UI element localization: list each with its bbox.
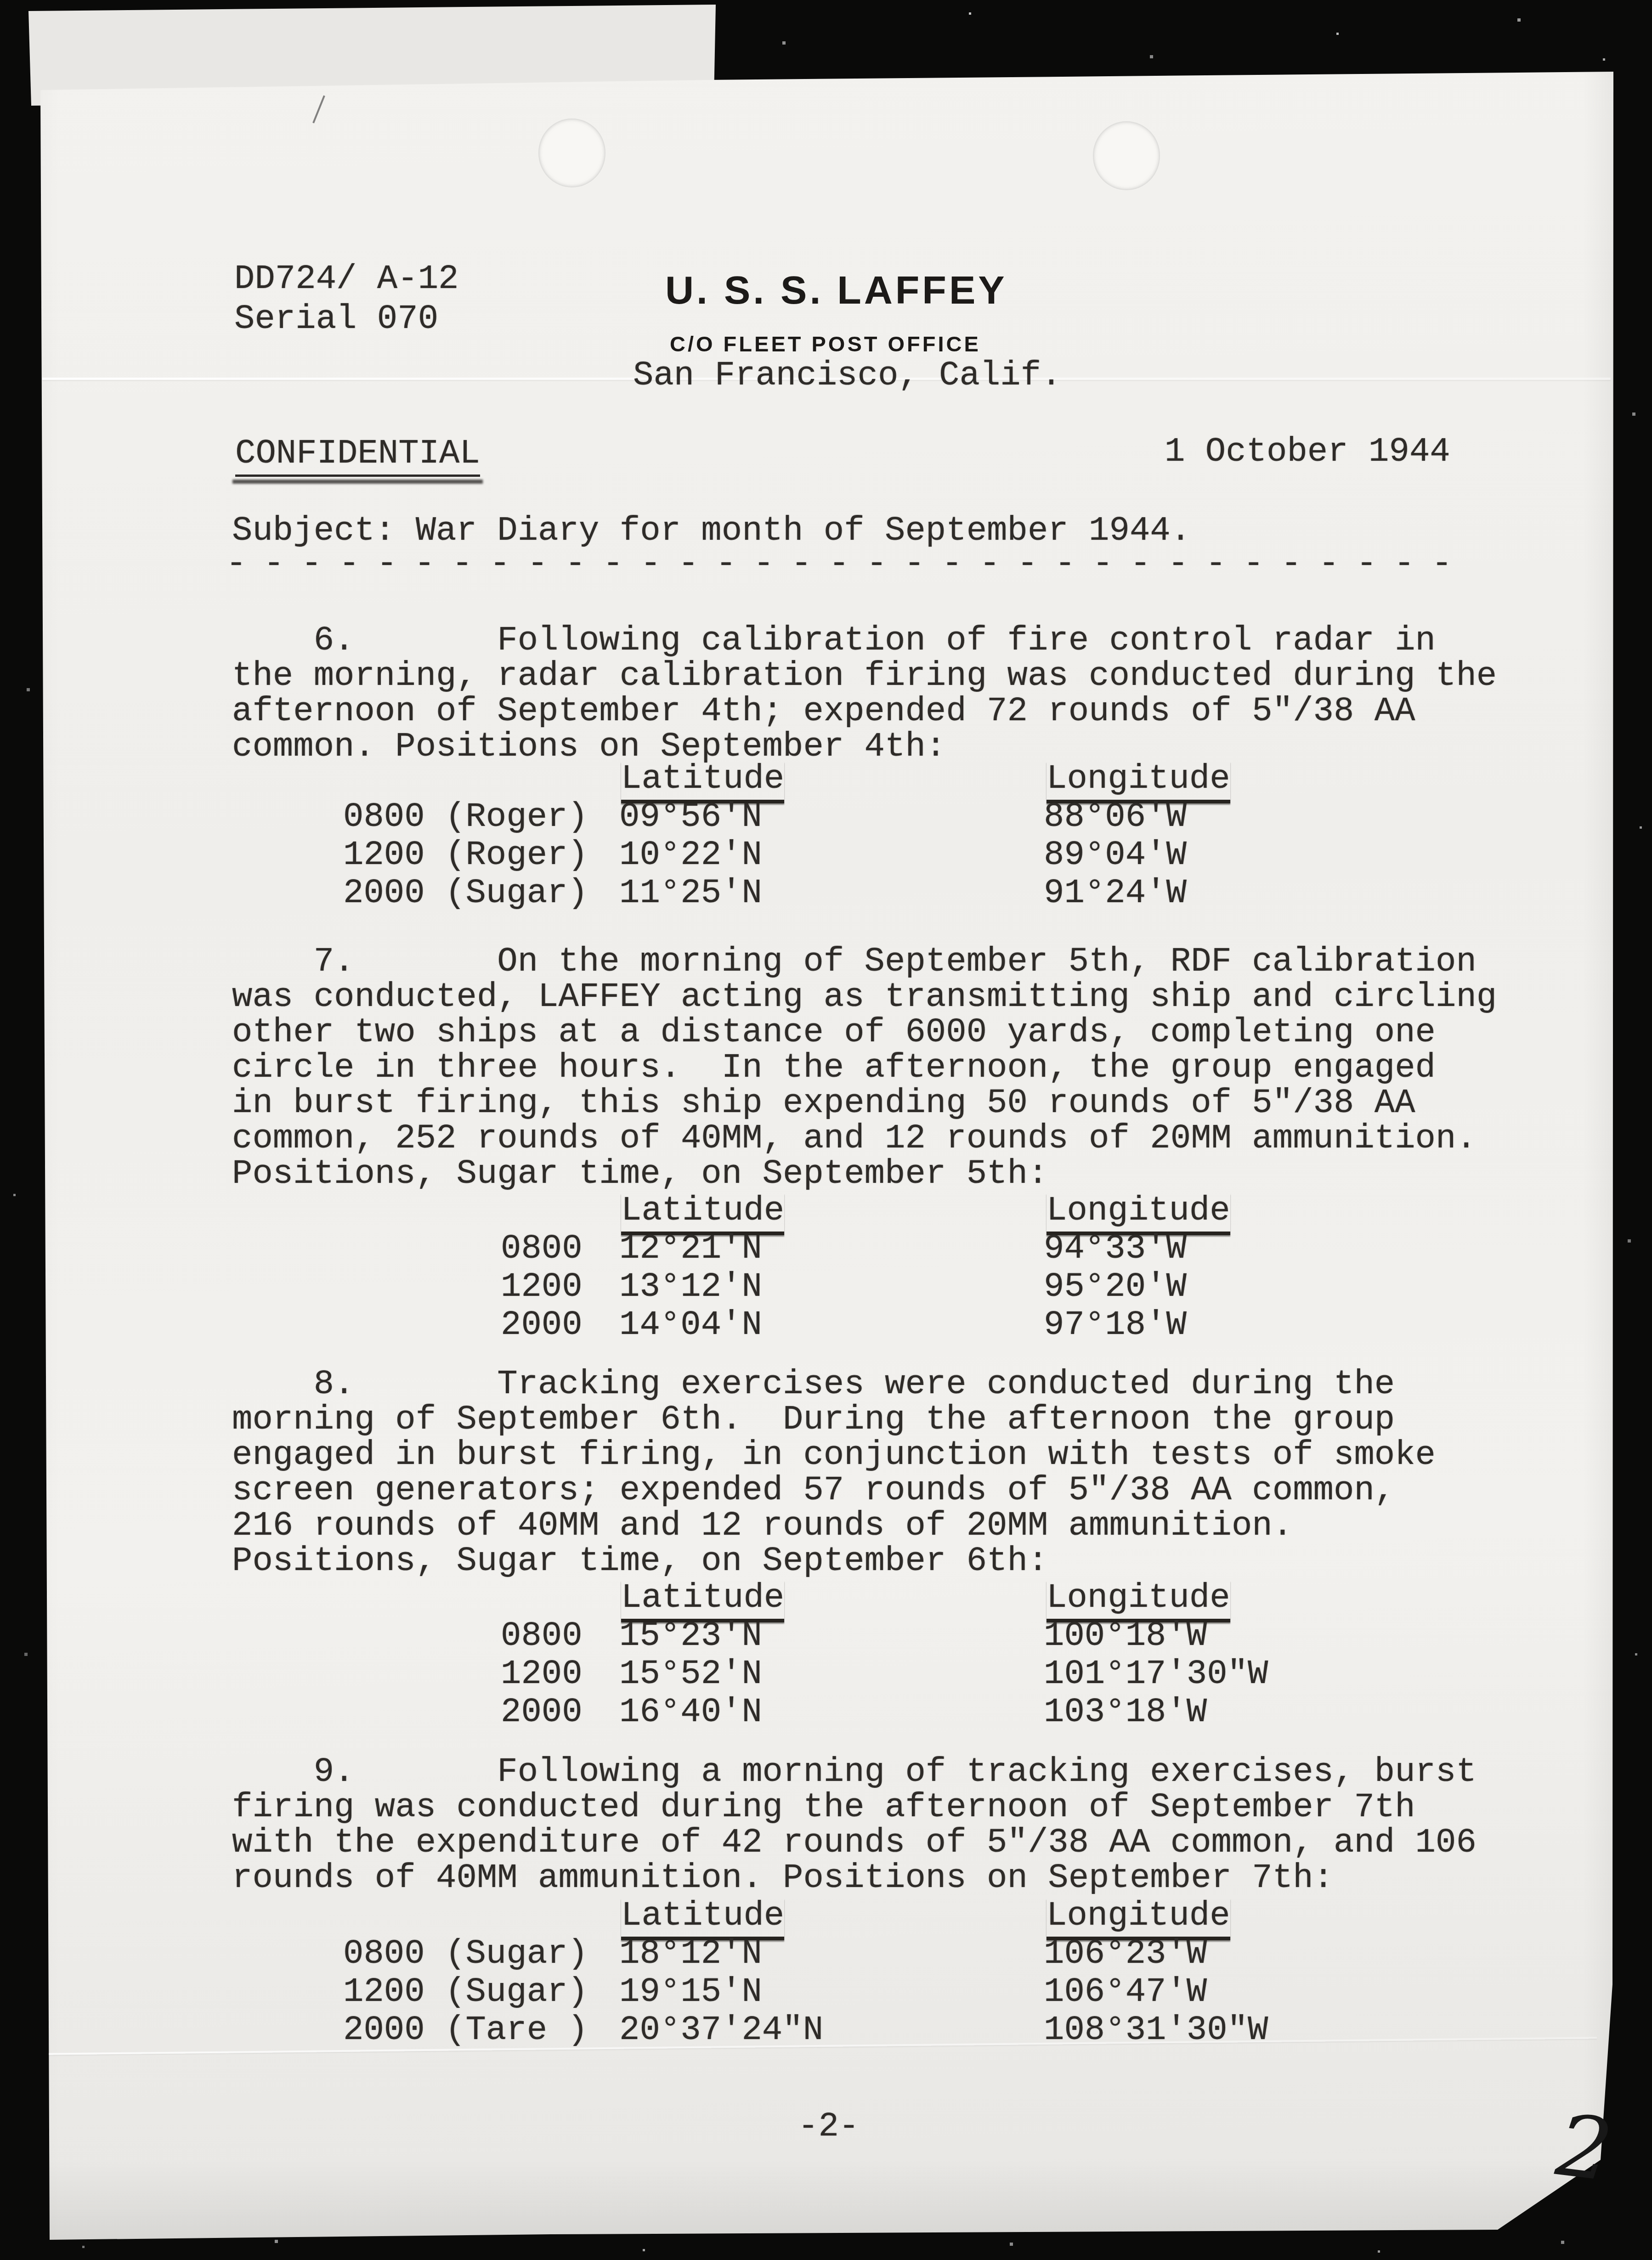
position-latitude: 09°56'N	[619, 800, 762, 835]
scanned-document-background: DD724/ A-12 Serial 070 U. S. S. LAFFEY C…	[0, 0, 1652, 2260]
subject-line: Subject: War Diary for month of Septembe…	[232, 514, 1191, 549]
position-time: 1200 (Sugar)	[343, 1975, 588, 2010]
longitude-header: Longitude	[1047, 762, 1230, 803]
position-time: 0800	[501, 1232, 583, 1267]
paragraph-6-line: common. Positions on September 4th:	[232, 729, 946, 765]
paragraph-8-line: 8. Tracking exercises were conducted dur…	[232, 1367, 1395, 1402]
position-latitude: 15°52'N	[619, 1657, 762, 1692]
letterhead-city: San Francisco, Calif.	[633, 358, 1062, 394]
typed-page-content: DD724/ A-12 Serial 070 U. S. S. LAFFEY C…	[0, 0, 1652, 2260]
position-longitude: 100°18'W	[1044, 1619, 1207, 1654]
position-time: 1200	[501, 1270, 583, 1305]
position-longitude: 88°06'W	[1044, 800, 1187, 835]
position-latitude: 12°21'N	[619, 1232, 762, 1267]
paragraph-9-line: firing was conducted during the afternoo…	[232, 1790, 1415, 1825]
position-time: 2000 (Sugar)	[343, 876, 588, 911]
letterhead-ship-name: U. S. S. LAFFEY	[665, 273, 1007, 308]
position-longitude: 106°47'W	[1044, 1975, 1207, 2010]
document-date: 1 October 1944	[1165, 435, 1450, 470]
paragraph-8-line: 216 rounds of 40MM and 12 rounds of 20MM…	[232, 1509, 1293, 1544]
position-longitude: 101°17'30"W	[1044, 1657, 1268, 1692]
paragraph-7-line: other two ships at a distance of 6000 ya…	[232, 1015, 1436, 1051]
classification-stamp: CONFIDENTIAL	[235, 436, 480, 477]
longitude-header: Longitude	[1047, 1898, 1230, 1940]
longitude-header: Longitude	[1047, 1581, 1230, 1622]
paragraph-6-line: 6. Following calibration of fire control…	[232, 623, 1436, 659]
position-latitude: 13°12'N	[619, 1270, 762, 1305]
paragraph-8-line: screen generators; expended 57 rounds of…	[232, 1473, 1395, 1509]
position-longitude: 97°18'W	[1044, 1308, 1187, 1343]
position-longitude: 103°18'W	[1044, 1695, 1207, 1730]
position-time: 2000	[501, 1308, 583, 1343]
page-number-footer: -2-	[798, 2109, 859, 2145]
position-time: 0800 (Sugar)	[343, 1937, 588, 1972]
latitude-header: Latitude	[621, 762, 784, 803]
document-page: DD724/ A-12 Serial 070 U. S. S. LAFFEY C…	[0, 0, 1652, 2260]
paragraph-9-line: 9. Following a morning of tracking exerc…	[232, 1755, 1477, 1790]
position-latitude: 11°25'N	[619, 876, 762, 911]
latitude-header: Latitude	[621, 1193, 784, 1235]
position-latitude: 10°22'N	[619, 838, 762, 873]
longitude-header: Longitude	[1047, 1193, 1230, 1235]
latitude-header: Latitude	[621, 1898, 784, 1940]
position-latitude: 16°40'N	[619, 1695, 762, 1730]
handwritten-page-number: 2	[1551, 2096, 1617, 2201]
paragraph-6-line: afternoon of September 4th; expended 72 …	[232, 694, 1415, 729]
paragraph-7-line: circle in three hours. In the afternoon,…	[232, 1051, 1436, 1086]
file-reference-line: DD724/ A-12	[234, 262, 458, 297]
paragraph-6-line: the morning, radar calibration firing wa…	[232, 659, 1497, 694]
paragraph-9-line: rounds of 40MM ammunition. Positions on …	[232, 1861, 1334, 1896]
paragraph-7-line: common, 252 rounds of 40MM, and 12 round…	[232, 1121, 1477, 1157]
position-latitude: 18°12'N	[619, 1937, 762, 1972]
dashed-separator: - - - - - - - - - - - - - - - - - - - - …	[226, 547, 1450, 582]
position-time: 0800	[501, 1619, 583, 1654]
position-time: 1200	[501, 1657, 583, 1692]
paragraph-7-line: in burst firing, this ship expending 50 …	[232, 1086, 1415, 1121]
position-longitude: 91°24'W	[1044, 876, 1187, 911]
film-speckles	[0, 0, 1, 1]
paragraph-8-line: morning of September 6th. During the aft…	[232, 1402, 1395, 1438]
position-latitude: 14°04'N	[619, 1308, 762, 1343]
position-latitude: 19°15'N	[619, 1975, 762, 2010]
position-time: 0800 (Roger)	[343, 800, 588, 835]
position-longitude: 89°04'W	[1044, 838, 1187, 873]
paragraph-7-line: 7. On the morning of September 5th, RDF …	[232, 944, 1477, 980]
position-time: 2000 (Tare )	[343, 2013, 588, 2048]
position-time: 1200 (Roger)	[343, 838, 588, 873]
paragraph-9-line: with the expenditure of 42 rounds of 5"/…	[232, 1825, 1477, 1861]
position-time: 2000	[501, 1695, 583, 1730]
paragraph-7-line: Positions, Sugar time, on September 5th:	[232, 1157, 1048, 1192]
position-longitude: 95°20'W	[1044, 1270, 1187, 1305]
position-latitude: 15°23'N	[619, 1619, 762, 1654]
paragraph-8-line: engaged in burst firing, in conjunction …	[232, 1438, 1436, 1473]
position-latitude: 20°37'24"N	[619, 2013, 823, 2048]
paragraph-8-line: Positions, Sugar time, on September 6th:	[232, 1544, 1048, 1579]
position-longitude: 94°33'W	[1044, 1232, 1187, 1267]
position-longitude: 108°31'30"W	[1044, 2013, 1268, 2048]
file-reference-line: Serial 070	[234, 302, 438, 337]
paragraph-7-line: was conducted, LAFFEY acting as transmit…	[232, 980, 1497, 1015]
latitude-header: Latitude	[621, 1581, 784, 1622]
position-longitude: 106°23'W	[1044, 1937, 1207, 1972]
